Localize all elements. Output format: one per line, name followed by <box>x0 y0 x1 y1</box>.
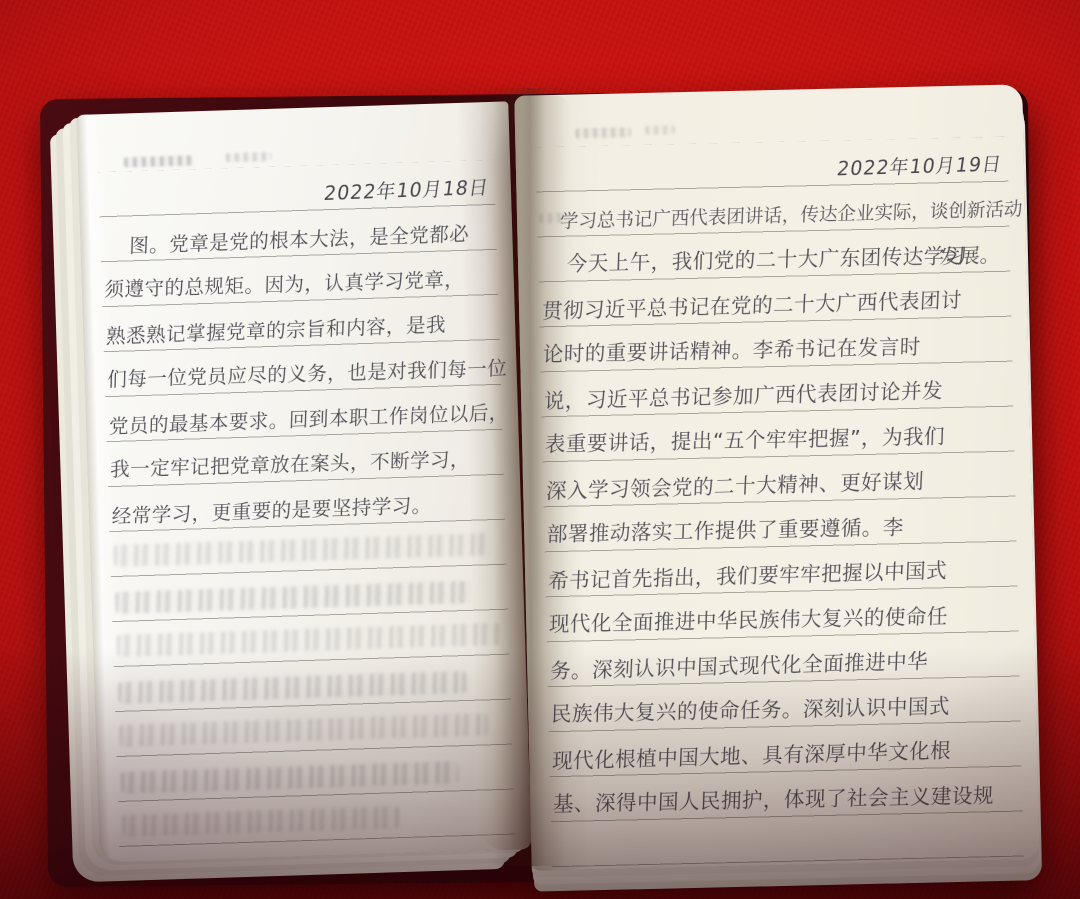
left-page-handwriting: 图。党章是党的根本大法，是全党都必须遵守的总规矩。因为，认真学习党章，熟悉熟记掌… <box>100 205 506 532</box>
left-page-faded-handwriting <box>109 520 515 847</box>
open-notebook: 2022年10月18日 图。党章是党的根本大法，是全党都必须遵守的总规矩。因为，… <box>0 0 1080 899</box>
handwriting-text: 说，习近平总书记参加广西代表团讨论并发 <box>544 373 944 414</box>
handwriting-text: 民族伟大复兴的使命任务。深刻认识中国式 <box>551 689 951 727</box>
faded-ink-smudge <box>114 533 491 567</box>
left-page-content: 2022年10月18日 图。党章是党的根本大法，是全党都必须遵守的总规矩。因为，… <box>76 101 531 862</box>
handwriting-text: 须遵守的总规矩。因为，认真学习党章， <box>104 264 464 302</box>
handwriting-text: 基、深得中国人民拥护，体现了社会主义建设规 <box>553 778 995 817</box>
handwriting-text: 深入学习领会党的二十大精神、更好谋划 <box>546 464 925 504</box>
faded-ink-smudge <box>645 125 675 135</box>
right-page: 2022年10月19日 学习总书记广西代表团讲话，传达企业实际，谈创新活动今天上… <box>514 84 1039 870</box>
faded-ink-smudge <box>575 127 631 138</box>
handwriting-text: 贯彻习近平总书记在党的二十大广西代表团讨 <box>541 283 962 324</box>
right-page-content: 2022年10月19日 学习总书记广西代表团讲话，传达企业实际，谈创新活动今天上… <box>514 84 1039 870</box>
faded-ink-smudge <box>226 152 272 162</box>
faded-ink-smudge <box>117 623 502 657</box>
handwriting-text: 部署推动落实工作提供了重要遵循。李 <box>547 510 905 547</box>
handwriting-text: 我一定牢记把党章放在案头，不断学习， <box>110 444 470 482</box>
faded-ink-smudge <box>115 581 472 614</box>
faded-ink-smudge <box>122 806 400 837</box>
handwriting-text: 表重要讲话，提出“五个牢牢把握”，为我们 <box>544 419 945 457</box>
handwriting-text: 今天上午，我们党的二十大广东团传达学习 <box>566 239 966 277</box>
faded-ink-smudge <box>124 155 194 167</box>
handwriting-text: 希书记首先指出，我们要牢牢把握以中国式 <box>548 553 948 594</box>
handwriting-line: 基、深得中国人民拥护，体现了社会主义建设规 <box>550 767 1023 823</box>
faded-ink-smudge <box>118 671 467 704</box>
faded-ink-smudge <box>539 213 565 224</box>
right-page-handwriting: 学习总书记广西代表团讲话，传达企业实际，谈创新活动今天上午，我们党的二十大广东团… <box>536 182 1022 823</box>
left-page-ruled-area: 2022年10月18日 图。党章是党的根本大法，是全党都必须遵守的总规矩。因为，… <box>98 160 515 847</box>
left-page-date: 2022年10月18日 <box>322 172 497 211</box>
right-page-ruled-area: 2022年10月19日 学习总书记广西代表团讲话，传达企业实际，谈创新活动今天上… <box>535 137 1023 868</box>
left-page: 2022年10月18日 图。党章是党的根本大法，是全党都必须遵守的总规矩。因为，… <box>76 101 531 862</box>
right-page-date: 2022年10月19日 <box>835 149 1011 186</box>
handwriting-text: 现代化全面推进中华民族伟大复兴的使命任 <box>549 599 949 637</box>
photo-scene: 2022年10月18日 图。党章是党的根本大法，是全党都必须遵守的总规矩。因为，… <box>0 0 1080 899</box>
faded-ink-smudge <box>120 713 489 747</box>
title-continuation-text: 发展。 <box>939 238 1001 269</box>
handwriting-text: 现代化根植中国大地、具有深厚中华文化根 <box>552 733 952 774</box>
handwriting-text: 务。深刻认识中国式现代化全面推进中华 <box>550 644 929 684</box>
handwriting-text: 论时的重要讲话精神。李希书记在发言时 <box>542 330 921 368</box>
faded-ink-smudge <box>121 761 458 794</box>
